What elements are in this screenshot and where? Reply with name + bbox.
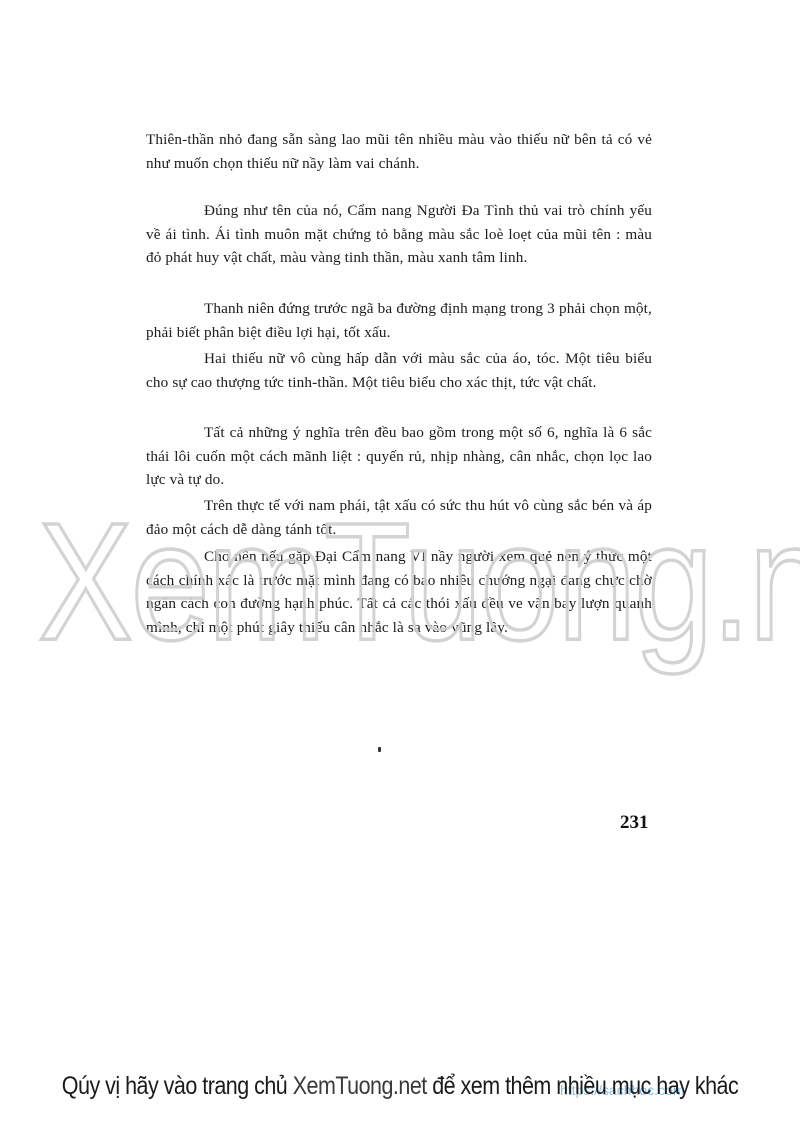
paragraph-text: Thanh niên đứng trước ngã ba đường định … bbox=[146, 297, 652, 344]
paragraph-4: Hai thiếu nữ vô cùng hấp dẫn với màu sắc… bbox=[146, 347, 652, 394]
scan-speck bbox=[378, 747, 381, 752]
page-number: 231 bbox=[620, 812, 649, 834]
paragraph-text: Tất cả những ý nghĩa trên đều bao gồm tr… bbox=[146, 421, 652, 492]
paragraph-7: Cho nên nếu gặp Đại Cẩm nang VI nầy ngườ… bbox=[146, 545, 652, 639]
scanned-book-page: Thiên-thần nhỏ đang sẵn sàng lao mũi tên… bbox=[0, 0, 800, 1132]
paragraph-6: Trên thực tế với nam phái, tật xấu có sứ… bbox=[146, 494, 652, 541]
footer-banner: Qúy vị hãy vào trang chủ XemTuong.net để… bbox=[56, 1066, 744, 1106]
footer-suffix: để xem thêm nhiều mục hay khác bbox=[427, 1072, 738, 1100]
paragraph-1: Thiên-thần nhỏ đang sẵn sàng lao mũi tên… bbox=[146, 128, 652, 175]
paragraph-text: Cho nên nếu gặp Đại Cẩm nang VI nầy ngườ… bbox=[146, 545, 652, 639]
paragraph-text: Trên thực tế với nam phái, tật xấu có sứ… bbox=[146, 494, 652, 541]
footer-prefix: Qúy vị hãy vào trang chủ bbox=[62, 1072, 293, 1100]
paragraph-text: Đúng như tên của nó, Cẩm nang Người Đa T… bbox=[146, 199, 652, 270]
paragraph-2: Đúng như tên của nó, Cẩm nang Người Đa T… bbox=[146, 199, 652, 270]
paragraph-text: Hai thiếu nữ vô cùng hấp dẫn với màu sắc… bbox=[146, 347, 652, 394]
paragraph-text: Thiên-thần nhỏ đang sẵn sàng lao mũi tên… bbox=[146, 128, 652, 175]
footer-site-link[interactable]: XemTuong.net bbox=[293, 1072, 427, 1100]
paragraph-5: Tất cả những ý nghĩa trên đều bao gồm tr… bbox=[146, 421, 652, 492]
paragraph-3: Thanh niên đứng trước ngã ba đường định … bbox=[146, 297, 652, 344]
